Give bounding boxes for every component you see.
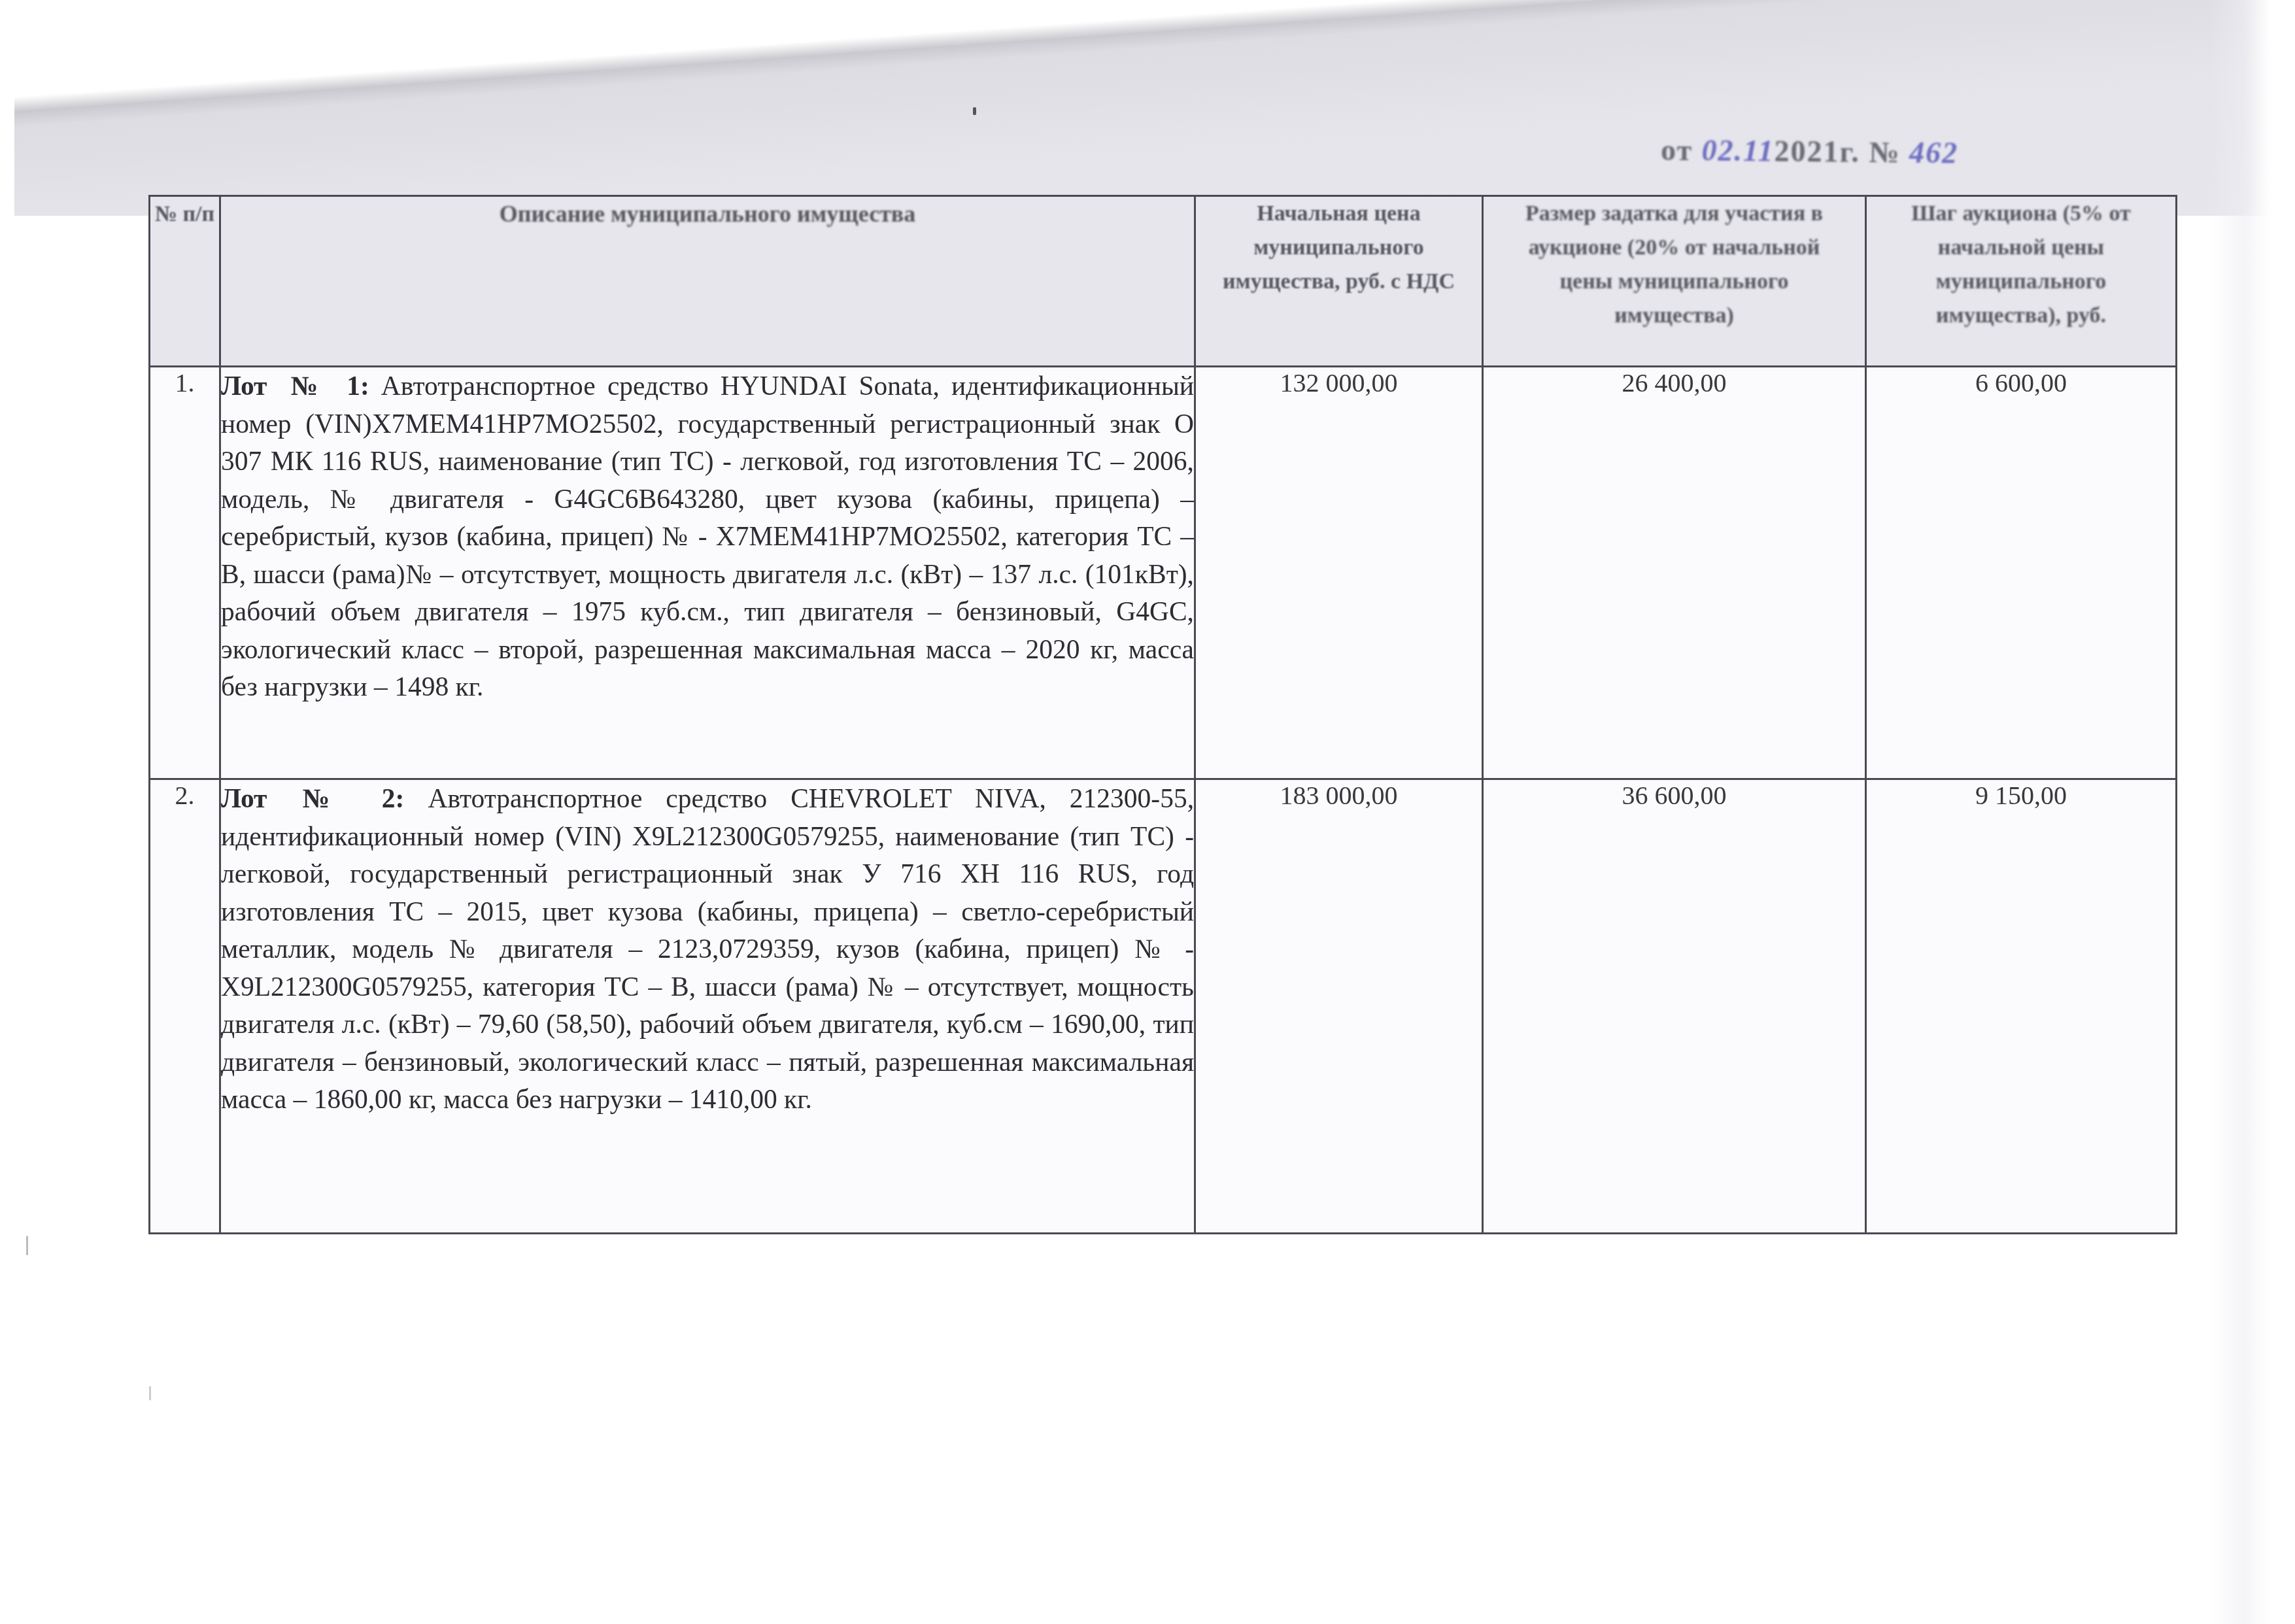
auction-step: 6 600,00	[1866, 367, 2177, 779]
lot-description: Лот № 1: Автотранспортное средство HYUND…	[220, 367, 1195, 779]
scan-speck	[149, 1386, 151, 1400]
handwritten-date: 02.11	[1701, 133, 1774, 167]
scan-left-margin	[0, 0, 14, 1624]
scan-shadow-band	[0, 0, 2295, 216]
lot-description-text: Автотранспортное средство HYUNDAI Sonata…	[221, 371, 1194, 702]
column-header-start-price: Начальная цена муниципального имущества,…	[1195, 196, 1483, 367]
lot-description: Лот № 2: Автотранспортное средство CHEVR…	[220, 779, 1195, 1234]
column-header-number: № п/п	[150, 196, 220, 367]
document-date-number-stamp: от 02.112021г. № 462	[1661, 133, 1959, 182]
table-row: 2. Лот № 2: Автотранспортное средство CH…	[150, 779, 2177, 1234]
table-header-row: № п/п Описание муниципального имущества …	[150, 196, 2177, 367]
table-row: 1. Лот № 1: Автотранспортное средство HY…	[150, 367, 2177, 779]
lot-description-text: Автотранспортное средство CHEVROLET NIVA…	[221, 783, 1194, 1114]
auction-step: 9 150,00	[1866, 779, 2177, 1234]
lot-label: Лот № 1:	[221, 371, 369, 401]
start-price: 132 000,00	[1195, 367, 1483, 779]
deposit-amount: 36 600,00	[1483, 779, 1866, 1234]
number-sign: №	[1869, 135, 1901, 169]
scan-speck	[26, 1236, 28, 1255]
scan-speck	[973, 107, 976, 115]
row-number: 2.	[150, 779, 220, 1234]
lot-label: Лот № 2:	[221, 783, 404, 813]
scan-right-margin	[2210, 0, 2295, 1624]
start-price: 183 000,00	[1195, 779, 1483, 1234]
column-header-description: Описание муниципального имущества	[220, 196, 1195, 367]
date-year: 2021г.	[1774, 134, 1860, 168]
column-header-auction-step: Шаг аукциона (5% от начальной цены муниц…	[1866, 196, 2177, 367]
municipal-property-lots-table: № п/п Описание муниципального имущества …	[148, 195, 2177, 1234]
deposit-amount: 26 400,00	[1483, 367, 1866, 779]
row-number: 1.	[150, 367, 220, 779]
handwritten-number: 462	[1909, 136, 1959, 170]
column-header-deposit: Размер задатка для участия в аукционе (2…	[1483, 196, 1866, 367]
date-prefix: от	[1661, 133, 1693, 167]
